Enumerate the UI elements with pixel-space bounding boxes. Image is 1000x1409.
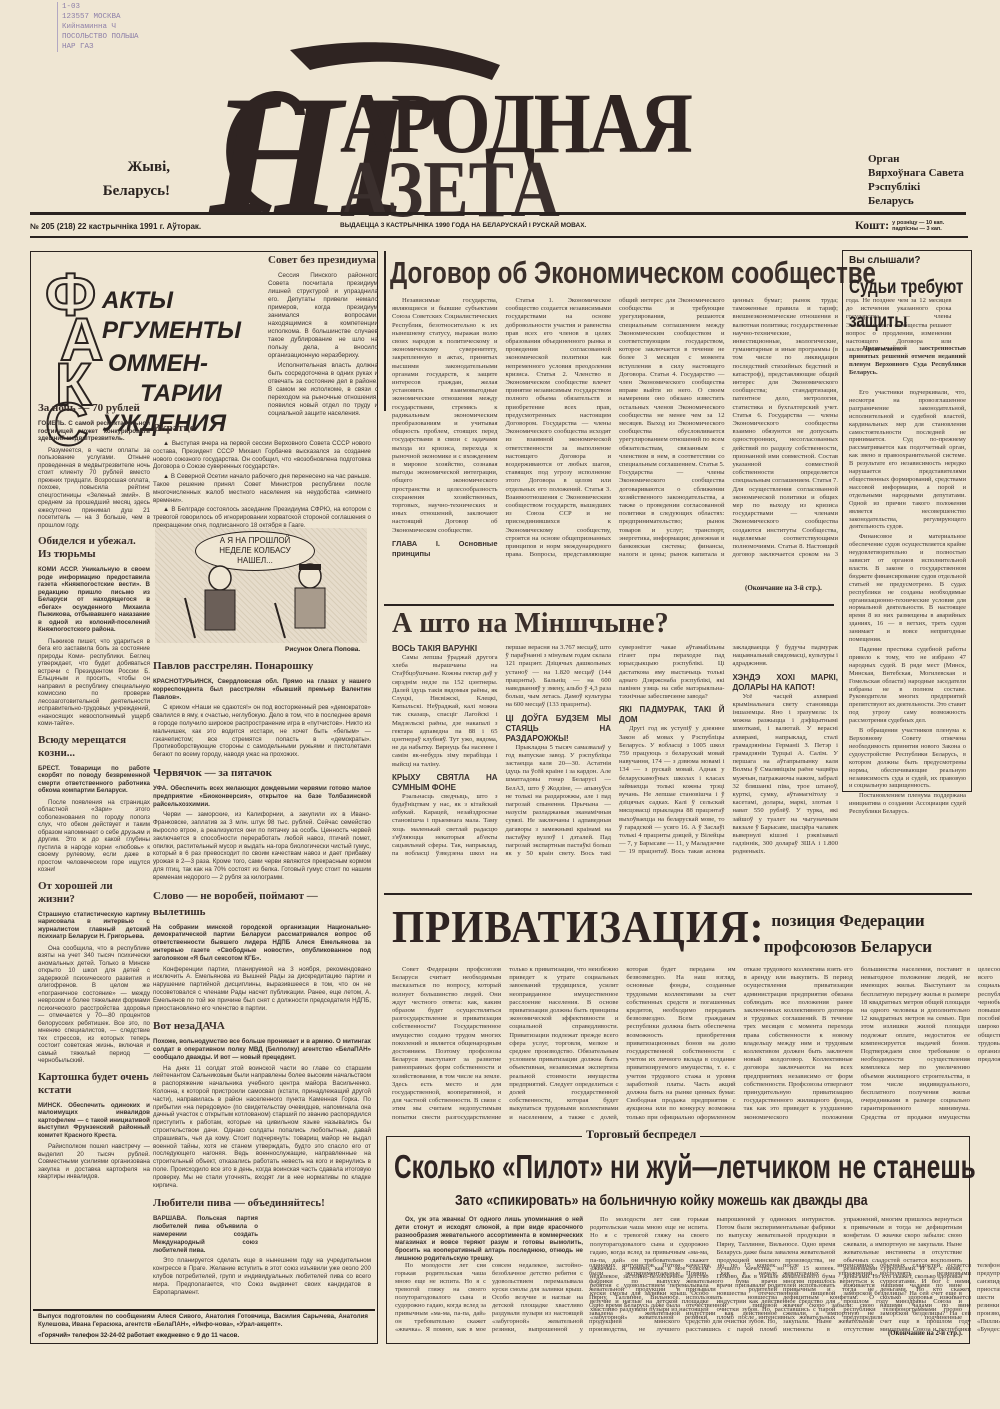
pilot-headline: Сколько «Пилот» ни жуй—летчиком не стане… [394, 1148, 976, 1186]
dogovor-headline: Договор об Экономическом сообществе [390, 255, 876, 291]
dogovor-body: Независимые государства, являющиеся и бы… [392, 297, 838, 565]
pilot-subtitle: Зато «спикировать» на больничную койку м… [455, 1192, 868, 1209]
article-slovo: Слово — не воробей, поймают — вылетишь Н… [153, 888, 371, 1013]
cartoon-illustration: А Я НА ПРОШЛОЙ НЕДЕЛЕ КОЛБАСУ НАШЕЛ... [155, 528, 367, 643]
faks-center-column: Павлов расстрелян. Понарошку КРАСНОТУРЬИ… [153, 658, 371, 1296]
article-pavlov: Павлов расстрелян. Понарошку КРАСНОТУРЬИ… [153, 658, 371, 759]
privat-body: Совет Федерации профсоюзов Беларуси счит… [392, 966, 970, 1124]
article-chervyachok: Червячок — за пятачок УФА. Обеспечить вс… [153, 765, 371, 882]
hotline-phone: «Горячий» телефон 32-24-02 работает ежед… [38, 1332, 239, 1339]
price-info: Кошт: у розніцу — 10 кап. падпісны — 3 к… [855, 218, 944, 233]
masthead-title-line2: АЗЕТА [340, 150, 560, 230]
article-sovet: Совет без президиума Сессия Пинского рай… [268, 254, 378, 420]
minsk-body: ВОСЬ ТАКІЯ ВАРУНКІ Самы лепшы ўраджай др… [392, 644, 838, 890]
pilot-kicker: Торговый беспредел [582, 1127, 700, 1142]
dogovor-bottom-rule [384, 604, 834, 606]
two-men-figures-icon [175, 558, 355, 643]
sudi-kicker: Вы слышали? [849, 255, 921, 266]
article-lyubiteli-piva: Любители пива — объединяйтесь! ВАРШАВА. … [153, 1195, 371, 1296]
article-vot-nezadacha: Вот незаДАЧА Похоже, вольнодумство все б… [153, 1018, 371, 1189]
motto: Жывi, Беларусь! [80, 155, 170, 203]
cartoon-credit: Рисунок Олега Попова. [285, 646, 360, 653]
pilot-continued: (Окончание на 2-й стр.). [888, 1330, 963, 1337]
article-kartoshka: Картошка будет очень кстати МИНСК. Обесп… [38, 1071, 150, 1181]
article-vsyudu: Всюду мерещатся козни... БРЕСТ. Товарищи… [38, 734, 150, 874]
privat-subtitle: позиция Федерации профсоюзов Беларуси [728, 908, 968, 960]
article-vkratce: Вкратце ▲ Выступая вчера на первой сесси… [153, 420, 371, 532]
publication-info: ВЫДАЕЦЦА 3 КАСТРЫЧНІКА 1990 ГОДА НА БЕЛА… [340, 222, 586, 229]
article-title: Совет без президиума [268, 254, 378, 267]
masthead-logo: НГ АРОДНАЯ АЗЕТА [200, 40, 640, 210]
triangle-bullet-icon: ▲ [163, 473, 171, 480]
article-obidelsya: Обиделся и убежал. Из тюрьмы КОМИ АССР. … [38, 535, 150, 728]
dogovor-chapter: ГЛАВА I. Основные принципы [392, 539, 498, 559]
masthead-rule-right [318, 212, 966, 215]
article-ot-horoshey: От хорошей ли жизни? Страшную статистиче… [38, 880, 150, 1065]
organ-label: Орган Вярхоўнага Савета Рэспублiкi Белар… [868, 152, 964, 208]
pilot-body-left: По молодости лет сия горькая родительска… [395, 1262, 583, 1337]
privat-headline: ПРИВАТИЗАЦИЯ: [392, 900, 764, 953]
sudi-section: Вы слышали? Судьи требуют защиты Чрезвыч… [842, 250, 972, 792]
triangle-bullet-icon: ▲ [163, 440, 172, 447]
minsk-bottom-rule [384, 893, 972, 895]
infobar-rule [30, 236, 968, 238]
article-za-noch: За ночь — 70 рублей ГОМЕЛЬ. С самой респ… [38, 402, 150, 529]
sudi-headline-line1: Судьи требуют [849, 277, 963, 299]
sudi-lead: Чрезвычайной заостренностью принятых реш… [849, 345, 966, 377]
faks-credits: Выпуск подготовлен по сообщениям Алеся С… [38, 1313, 368, 1329]
minsk-headline: А што на Міншчыне? [392, 608, 669, 640]
dogovor-left-rule [384, 251, 386, 411]
faks-left-column: За ночь — 70 рублей ГОМЕЛЬ. С самой респ… [38, 402, 150, 1181]
sudi-headline-line2: защиты [849, 311, 907, 333]
issue-info: № 205 (218) 22 кастрычніка 1991 г. Аўтор… [30, 222, 201, 231]
library-stamp: 1-03 123557 МОСКВА Кийнаминна Ч ПОСОЛЬСТ… [57, 2, 139, 52]
pilot-body-right: По молодости лет сия горькая родительска… [590, 1216, 962, 1328]
dogovor-continued: (Окончание на 3-й стр.). [745, 584, 822, 592]
pilot-lead: Ох, уж эта жвачка! От одного лишь упомин… [395, 1216, 583, 1263]
faks-footer-rule [33, 1309, 375, 1311]
